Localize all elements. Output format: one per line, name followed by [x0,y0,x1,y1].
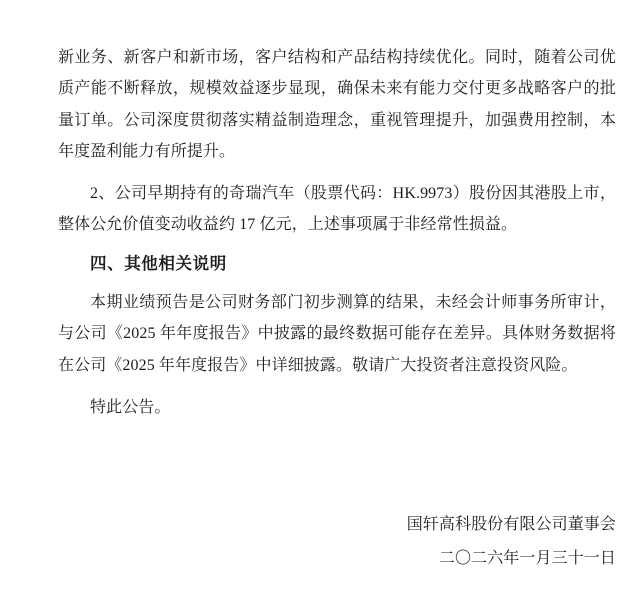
paragraph-item-2-chery-line-1: 2、公司早期持有的奇瑞汽车（股票代码：HK.9973）股份因其港股上市， [58,178,616,209]
paragraph-item-2-chery-line-2: 整体公允价值变动收益约 17 亿元，上述事项属于非经常性损益。 [58,209,616,240]
paragraph-closing: 特此公告。 [58,392,616,423]
paragraph-disclaimer: 本期业绩预告是公司财务部门初步测算的结果，未经会计师事务所审计，与公司《2025… [58,287,616,381]
heading-section-4-other-notes-line-1: 四、其他相关说明 [58,249,616,280]
paragraph-continuation-optimization-line-1: 新业务、新客户和新市场，客户结构和产品结构持续优化。同时，随着公司优 [58,42,616,73]
heading-section-4-other-notes: 四、其他相关说明 [58,249,616,280]
signature-company: 国轩高科股份有限公司董事会 [58,509,616,540]
paragraph-continuation-optimization: 新业务、新客户和新市场，客户结构和产品结构持续优化。同时，随着公司优质产能不断释… [58,42,616,168]
signature-date-line-1: 二〇二六年一月三十一日 [58,543,616,574]
paragraph-continuation-optimization-line-4: 年度盈利能力有所提升。 [58,136,616,167]
paragraph-item-2-chery: 2、公司早期持有的奇瑞汽车（股票代码：HK.9973）股份因其港股上市，整体公允… [58,178,616,241]
announcement-page: 新业务、新客户和新市场，客户结构和产品结构持续优化。同时，随着公司优质产能不断释… [0,0,641,592]
signature-date: 二〇二六年一月三十一日 [58,543,616,574]
paragraph-continuation-optimization-line-2: 质产能不断释放，规模效益逐步显现，确保未来有能力交付更多战略客户的批 [58,73,616,104]
paragraph-disclaimer-line-1: 本期业绩预告是公司财务部门初步测算的结果，未经会计师事务所审计， [58,287,616,318]
paragraph-disclaimer-line-3: 在公司《2025 年年度报告》中详细披露。敬请广大投资者注意投资风险。 [58,350,616,381]
paragraph-disclaimer-line-2: 与公司《2025 年年度报告》中披露的最终数据可能存在差异。具体财务数据将 [58,318,616,349]
signature-company-line-1: 国轩高科股份有限公司董事会 [58,509,616,540]
paragraph-continuation-optimization-line-3: 量订单。公司深度贯彻落实精益制造理念，重视管理提升，加强费用控制，本 [58,105,616,136]
paragraph-closing-line-1: 特此公告。 [58,392,616,423]
